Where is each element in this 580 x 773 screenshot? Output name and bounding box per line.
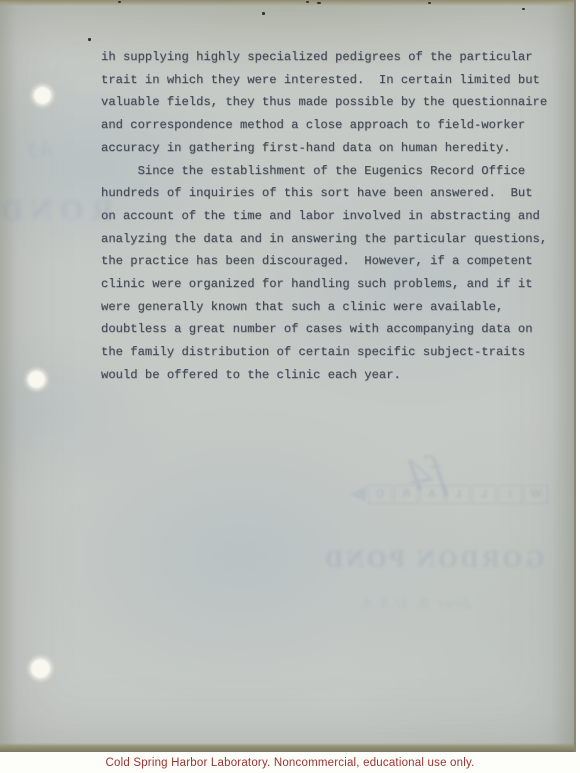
- typewritten-line: ih supplying highly specialized pedigree…: [101, 46, 551, 69]
- document-paper: ih supplying highly specialized pedigree…: [0, 0, 576, 752]
- bleed-stamp-letter: I: [498, 485, 522, 504]
- typewritten-line: valuable fields, they thus made possible…: [101, 91, 551, 114]
- page-edge-bottom: [0, 743, 574, 752]
- bleed-stamp-arrow-icon: [350, 486, 366, 502]
- attribution-text: Cold Spring Harbor Laboratory. Noncommer…: [105, 757, 474, 769]
- dust-speck: [306, 1, 309, 3]
- page-edge-top: [0, 0, 574, 6]
- scanned-page: ih supplying highly specialized pedigree…: [0, 0, 580, 773]
- bleedthrough-left-letters: ROND: [0, 192, 113, 228]
- punch-hole-middle: [27, 370, 46, 389]
- typewritten-line: doubtless a great number of cases with a…: [101, 318, 551, 341]
- dust-speck: [522, 8, 525, 10]
- bleed-stamp-letter: L: [472, 485, 496, 504]
- typewritten-line: were generally known that such a clinic …: [101, 296, 551, 319]
- bleedthrough-large-text: GORDON POND: [322, 546, 545, 574]
- typewritten-line: the family distribution of certain speci…: [101, 341, 551, 364]
- bleedthrough-squiggle: f4: [404, 443, 449, 503]
- typewritten-line: on account of the time and labor involve…: [101, 205, 551, 228]
- punch-hole-bottom: [30, 658, 51, 679]
- dust-speck: [317, 2, 321, 4]
- bleedthrough-script: dear R. U.S.A.: [356, 596, 471, 613]
- bleedthrough-left-script: 4 y: [23, 131, 55, 163]
- typewritten-line: accuracy in gathering first-hand data on…: [101, 137, 551, 160]
- bleed-stamp-letter: W: [524, 485, 548, 504]
- typewritten-line: the practice has been discouraged. Howev…: [101, 250, 551, 273]
- dust-speck: [88, 38, 91, 41]
- bleed-stamp-letters: WILLARD: [330, 482, 548, 506]
- bleed-stamp-letter: D: [368, 485, 392, 504]
- typewritten-text: ih supplying highly specialized pedigree…: [101, 46, 551, 387]
- typewritten-line: and correspondence method a close approa…: [101, 114, 551, 137]
- typewritten-line: Since the establishment of the Eugenics …: [101, 160, 551, 183]
- bleed-stamp-letter: A: [420, 485, 444, 504]
- dust-speck: [428, 2, 431, 4]
- punch-hole-top: [33, 86, 52, 105]
- attribution-bar: Cold Spring Harbor Laboratory. Noncommer…: [0, 752, 580, 773]
- dust-speck: [118, 1, 121, 3]
- typewritten-line: trait in which they were interested. In …: [101, 69, 551, 92]
- bleed-stamp-letter: L: [446, 485, 470, 504]
- typewritten-line: analyzing the data and in answering the …: [101, 228, 551, 251]
- typewritten-line: clinic were organized for handling such …: [101, 273, 551, 296]
- bleed-stamp-letter: R: [394, 485, 418, 504]
- typewritten-line: hundreds of inquiries of this sort have …: [101, 182, 551, 205]
- typewritten-line: would be offered to the clinic each year…: [101, 364, 551, 387]
- dust-speck: [262, 12, 265, 15]
